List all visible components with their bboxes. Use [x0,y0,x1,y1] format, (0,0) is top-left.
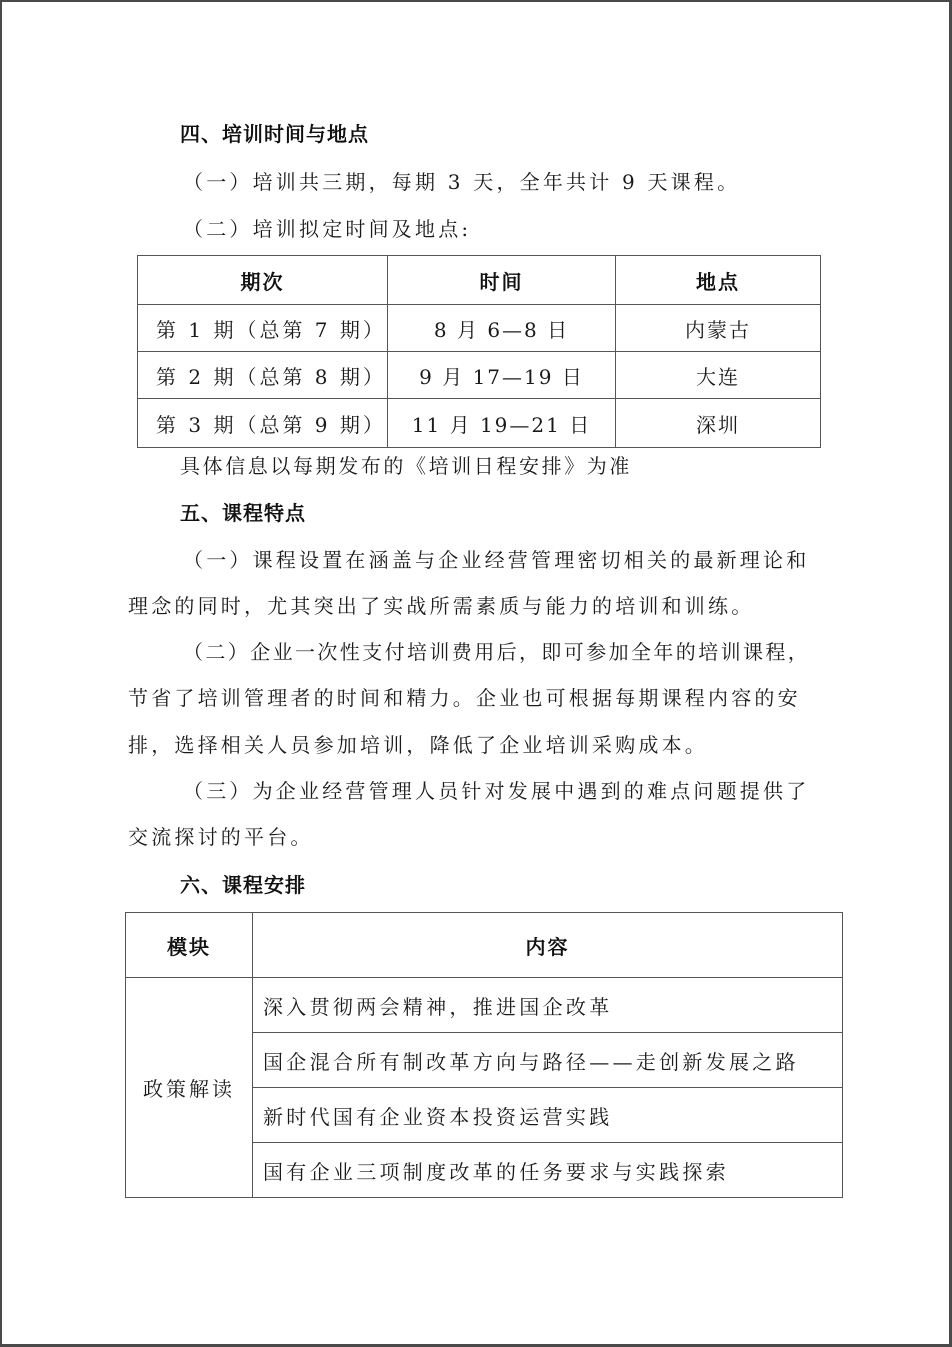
table-row: 第 3 期（总第 9 期） 11 月 19—21 日 深圳 [138,399,821,448]
course-table: 模块 内容 政策解读 深入贯彻两会精神，推进国企改革 国企混合所有制改革方向与路… [125,912,843,1198]
cell-period: 第 2 期（总第 8 期） [138,352,388,399]
header-place: 地点 [616,256,821,305]
header-module: 模块 [126,913,253,978]
cell-content: 国企混合所有制改革方向与路径——走创新发展之路 [253,1033,843,1088]
section-6-heading: 六、课程安排 [180,869,306,898]
cell-place: 大连 [616,352,821,399]
cell-time: 9 月 17—19 日 [388,352,616,399]
section-4-heading: 四、培训时间与地点 [180,118,369,147]
schedule-table-header: 期次 时间 地点 [138,256,821,305]
section-5-p2-line3: 排，选择相关人员参加培训，降低了企业培训采购成本。 [128,729,708,758]
cell-time: 8 月 6—8 日 [388,305,616,352]
cell-period: 第 3 期（总第 9 期） [138,399,388,448]
section-5-p2-line1: （二）企业一次性支付培训费用后，即可参加全年的培训课程， [183,636,810,665]
section-5-p3-line1: （三）为企业经营管理人员针对发展中遇到的难点问题提供了 [183,775,809,804]
cell-place: 内蒙古 [616,305,821,352]
cell-place: 深圳 [616,399,821,448]
section-5-p3-line2: 交流探讨的平台。 [128,821,314,850]
cell-module: 政策解读 [126,978,253,1198]
cell-content: 新时代国有企业资本投资运营实践 [253,1088,843,1143]
schedule-note: 具体信息以每期发布的《培训日程安排》为准 [180,450,632,479]
header-period: 期次 [138,256,388,305]
cell-time: 11 月 19—21 日 [388,399,616,448]
section-5-heading: 五、课程特点 [180,497,306,526]
header-content: 内容 [253,913,843,978]
cell-content: 国有企业三项制度改革的任务要求与实践探索 [253,1143,843,1198]
section-5-p2-line2: 节省了培训管理者的时间和精力。企业也可根据每期课程内容的安 [128,682,801,711]
section-5-p1-line1: （一）课程设置在涵盖与企业经营管理密切相关的最新理论和 [183,544,809,573]
course-table-header: 模块 内容 [126,913,843,978]
table-row: 第 2 期（总第 8 期） 9 月 17—19 日 大连 [138,352,821,399]
schedule-table: 期次 时间 地点 第 1 期（总第 7 期） 8 月 6—8 日 内蒙古 第 2… [137,255,821,448]
table-row: 第 1 期（总第 7 期） 8 月 6—8 日 内蒙古 [138,305,821,352]
header-time: 时间 [388,256,616,305]
cell-period: 第 1 期（总第 7 期） [138,305,388,352]
table-row: 政策解读 深入贯彻两会精神，推进国企改革 [126,978,843,1033]
section-4-item-1: （一）培训共三期，每期 3 天，全年共计 9 天课程。 [183,166,740,195]
cell-content: 深入贯彻两会精神，推进国企改革 [253,978,843,1033]
section-4-item-2: （二）培训拟定时间及地点: [183,213,471,242]
section-5-p1-line2: 理念的同时，尤其突出了实战所需素质与能力的培训和训练。 [128,590,754,619]
